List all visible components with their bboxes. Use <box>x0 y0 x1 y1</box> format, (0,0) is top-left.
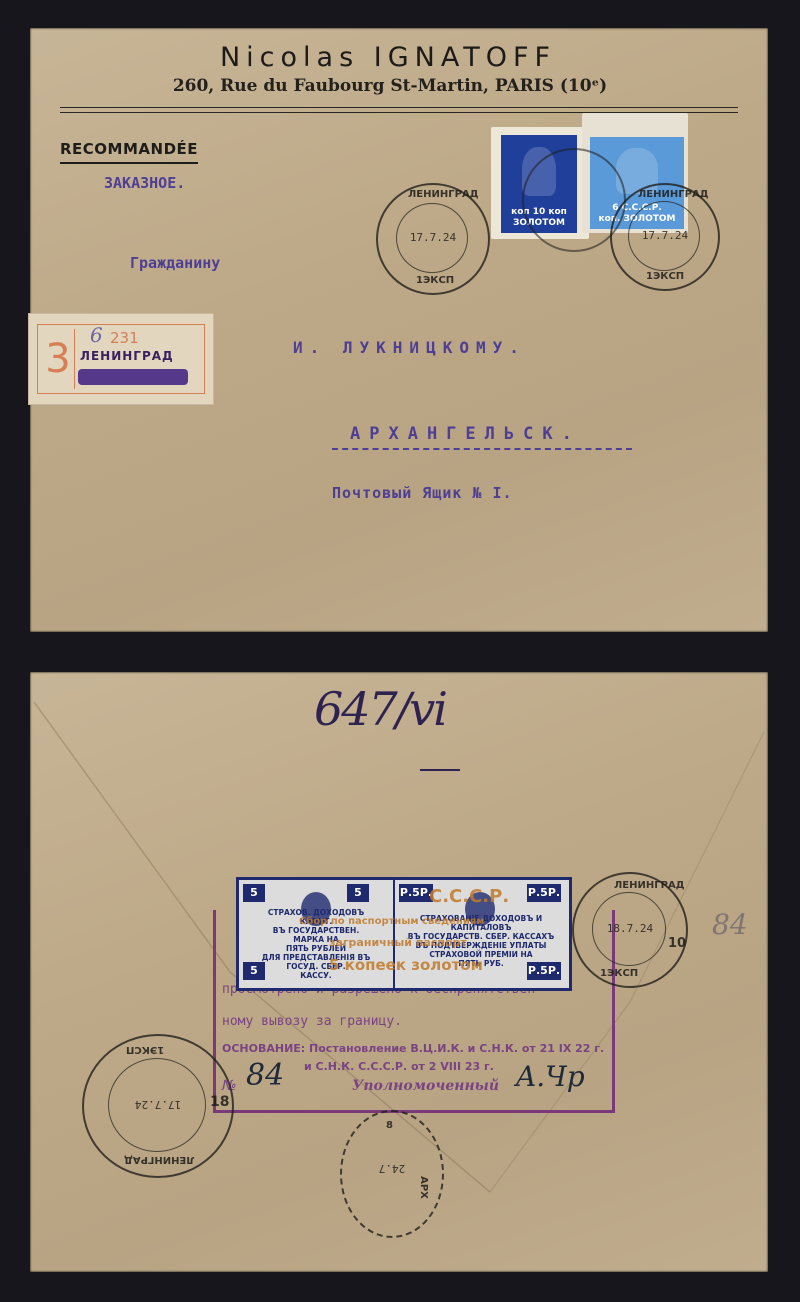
letterhead-address: 260, Rue du Faubourg St-Martin, PARIS (1… <box>140 76 640 96</box>
letterhead-name: Nicolas IGNATOFF <box>108 42 668 73</box>
postmark-bottom-text: 1ЭКСП <box>646 271 684 282</box>
fiscal-text: КАССУ. <box>300 971 332 980</box>
overprint-ussr: С.С.С.Р. <box>429 886 509 907</box>
postmark-back-bottom: 24.7 8 АРХ <box>340 1110 444 1238</box>
cachet-basis: ОСНОВАНИЕ: Постановление В.Ц.И.К. и С.Н.… <box>222 1042 604 1055</box>
postmark-date: 18.7.24 <box>574 922 686 935</box>
registered-mark: RECOMMANDÉE <box>60 140 198 164</box>
handwritten-underline <box>420 769 460 771</box>
postmark-bottom-text: 1ЭКСП <box>600 968 638 979</box>
fiscal-value: Р.5Р. <box>399 884 433 902</box>
postmark-top-text: 1ЭКСП <box>126 1044 164 1055</box>
typed-po-box: Почтовый Ящик № I. <box>332 484 513 502</box>
cachet-official: Уполномоченный <box>352 1078 499 1094</box>
postmark-top-text: ЛЕНИНГРАД <box>638 189 709 200</box>
postmark-bottom-text: 1ЭКСП <box>416 275 454 286</box>
typed-addressee: И. ЛУКНИЦКОМУ. <box>293 338 526 357</box>
cachet-basis-2: и С.Н.К. С.С.С.Р. от 2 VIII 23 г. <box>304 1060 494 1073</box>
fiscal-value: Р.5Р. <box>527 884 561 902</box>
fiscal-value: 5 <box>243 884 265 902</box>
overprint-value: 5 копеек золотом <box>329 956 483 974</box>
postmark-side-number: 18 <box>210 1094 229 1110</box>
ink-blot <box>78 369 188 385</box>
faint-pencil-note: 84 <box>712 908 748 941</box>
postmark-side-number: 10 <box>668 936 686 951</box>
city-underline <box>332 448 632 450</box>
postmark-back-left: 17.7.24 1ЭКСП ЛЕНИНГРАД 18 <box>82 1034 234 1178</box>
postmark-date: 24.7 <box>342 1162 442 1175</box>
postmark-bottom-text: ЛЕНИНГРАД <box>124 1154 195 1165</box>
registration-city: ЛЕНИНГРАД <box>80 349 174 363</box>
postmark-top-text: ЛЕНИНГРАД <box>614 880 685 891</box>
fiscal-revenue-stamp: 5 5 Р.5Р. Р.5Р. 5 Р.5Р. СТРАХОВ. ДОХОДОВ… <box>236 877 572 991</box>
typed-city: АРХАНГЕЛЬСК. <box>350 424 581 444</box>
cachet-line-2: ному вывозу за границу. <box>222 1014 402 1029</box>
overprint-line: заграничный паспорт <box>329 936 467 949</box>
postmark-date: 17.7.24 <box>378 231 488 244</box>
postmark-front-left: 17.7.24 ЛЕНИНГРАД 1ЭКСП <box>376 183 490 295</box>
postmark-back-right: 18.7.24 ЛЕНИНГРАД 1ЭКСП 10 <box>572 872 688 988</box>
registration-label: 3 231 6 ЛЕНИНГРАД <box>28 313 214 405</box>
postmark-date: 17.7.24 <box>612 229 718 242</box>
postmark-top-text: ЛЕНИНГРАД <box>408 189 479 200</box>
registration-handwritten: 6 <box>90 323 103 347</box>
registration-class: 3 <box>42 329 75 389</box>
signature: A.Чр <box>516 1060 585 1093</box>
postmark-front-right: 17.7.24 ЛЕНИНГРАД 1ЭКСП <box>610 183 720 291</box>
cachet-number: 84 <box>246 1058 284 1093</box>
overprint-line: Сбор по паспортным сведениям <box>299 916 484 927</box>
typed-salutation: Гражданину <box>130 254 220 272</box>
postmark-top-text: 8 <box>386 1120 393 1131</box>
fiscal-value: 5 <box>347 884 369 902</box>
handwritten-number: 647/vi <box>314 682 446 736</box>
registration-serial: 231 <box>110 329 139 347</box>
fiscal-text: ВЪ ГОСУДАРСТВЕН. <box>273 926 359 935</box>
postmark-bottom-text: АРХ <box>418 1176 429 1199</box>
typed-registered: ЗАКАЗНОЕ. <box>104 174 185 192</box>
